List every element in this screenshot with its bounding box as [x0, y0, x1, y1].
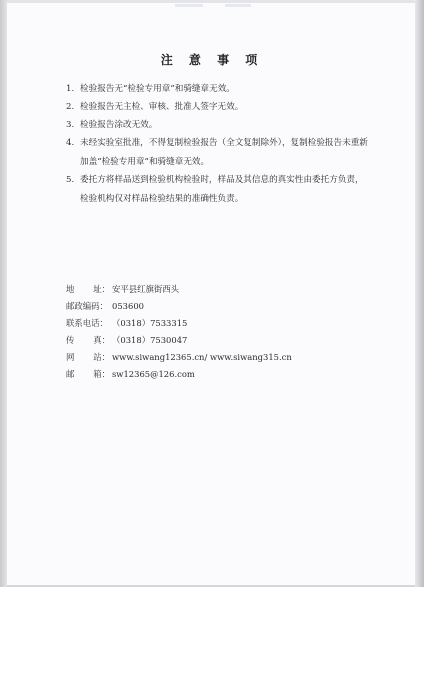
note-number: 5. — [66, 174, 80, 206]
contact-website: 网 站： www.siwang12365.cn/ www.siwang315.c… — [66, 348, 292, 365]
note-text: 未经实验室批准，不得复制检验报告（全文复制除外），复制检验报告未重新 — [80, 137, 386, 150]
note-item: 1. 检验报告无“检验专用章”和骑缝章无效。 — [66, 83, 386, 96]
contact-value: www.siwang12365.cn/ www.siwang315.cn — [112, 351, 292, 363]
contact-label: 邮政编码： — [66, 300, 110, 312]
note-text: 检验报告无主检、审核、批准人签字无效。 — [80, 101, 386, 114]
contact-phone: 联系电话： （0318）7533315 — [66, 314, 292, 331]
note-number: 4. — [66, 137, 80, 169]
contact-label: 网 站： — [66, 351, 110, 363]
contact-label: 地 址： — [66, 283, 110, 295]
note-number: 1. — [66, 83, 80, 96]
page-left-edge-shadow — [0, 0, 7, 587]
note-item: 2. 检验报告无主检、审核、批准人签字无效。 — [66, 101, 386, 114]
note-item: 3. 检验报告涂改无效。 — [66, 119, 386, 132]
contact-email: 邮 箱： sw12365@126.com — [66, 365, 292, 382]
contact-label: 传 真： — [66, 334, 110, 346]
note-number: 3. — [66, 119, 80, 132]
note-text: 委托方将样品送到检验机构检验时，样品及其信息的真实性由委托方负责， — [80, 174, 386, 187]
note-text-continued: 检验机构仅对样品检验结果的准确性负责。 — [80, 193, 386, 206]
contact-value: 053600 — [112, 300, 144, 312]
note-text-continued: 加盖“检验专用章”和骑缝章无效。 — [80, 156, 386, 169]
page-top-edge — [0, 0, 424, 3]
contact-value: 安平县红旗街西头 — [112, 283, 179, 295]
page-title: 注 意 事 项 — [0, 51, 424, 68]
page-right-edge-shadow — [415, 0, 424, 587]
contact-value: （0318）7530047 — [112, 334, 187, 346]
contact-label: 联系电话： — [66, 317, 110, 329]
contact-value: （0318）7533315 — [112, 317, 187, 329]
notes-list: 1. 检验报告无“检验专用章”和骑缝章无效。 2. 检验报告无主检、审核、批准人… — [66, 83, 386, 211]
note-item: 4. 未经实验室批准，不得复制检验报告（全文复制除外），复制检验报告未重新 加盖… — [66, 137, 386, 169]
contact-postcode: 邮政编码： 053600 — [66, 297, 292, 314]
contact-address: 地 址： 安平县红旗街西头 — [66, 280, 292, 297]
contact-fax: 传 真： （0318）7530047 — [66, 331, 292, 348]
note-item: 5. 委托方将样品送到检验机构检验时，样品及其信息的真实性由委托方负责， 检验机… — [66, 174, 386, 206]
scanned-page: 注 意 事 项 1. 检验报告无“检验专用章”和骑缝章无效。 2. 检验报告无主… — [0, 0, 424, 587]
note-text: 检验报告无“检验专用章”和骑缝章无效。 — [80, 83, 386, 96]
contact-value: sw12365@126.com — [112, 368, 195, 380]
contact-label: 邮 箱： — [66, 368, 110, 380]
scan-show-through-mark — [175, 4, 203, 7]
contact-info: 地 址： 安平县红旗街西头 邮政编码： 053600 联系电话： （0318）7… — [66, 280, 292, 382]
note-number: 2. — [66, 101, 80, 114]
note-text: 检验报告涂改无效。 — [80, 119, 386, 132]
scan-show-through-mark — [225, 4, 251, 7]
